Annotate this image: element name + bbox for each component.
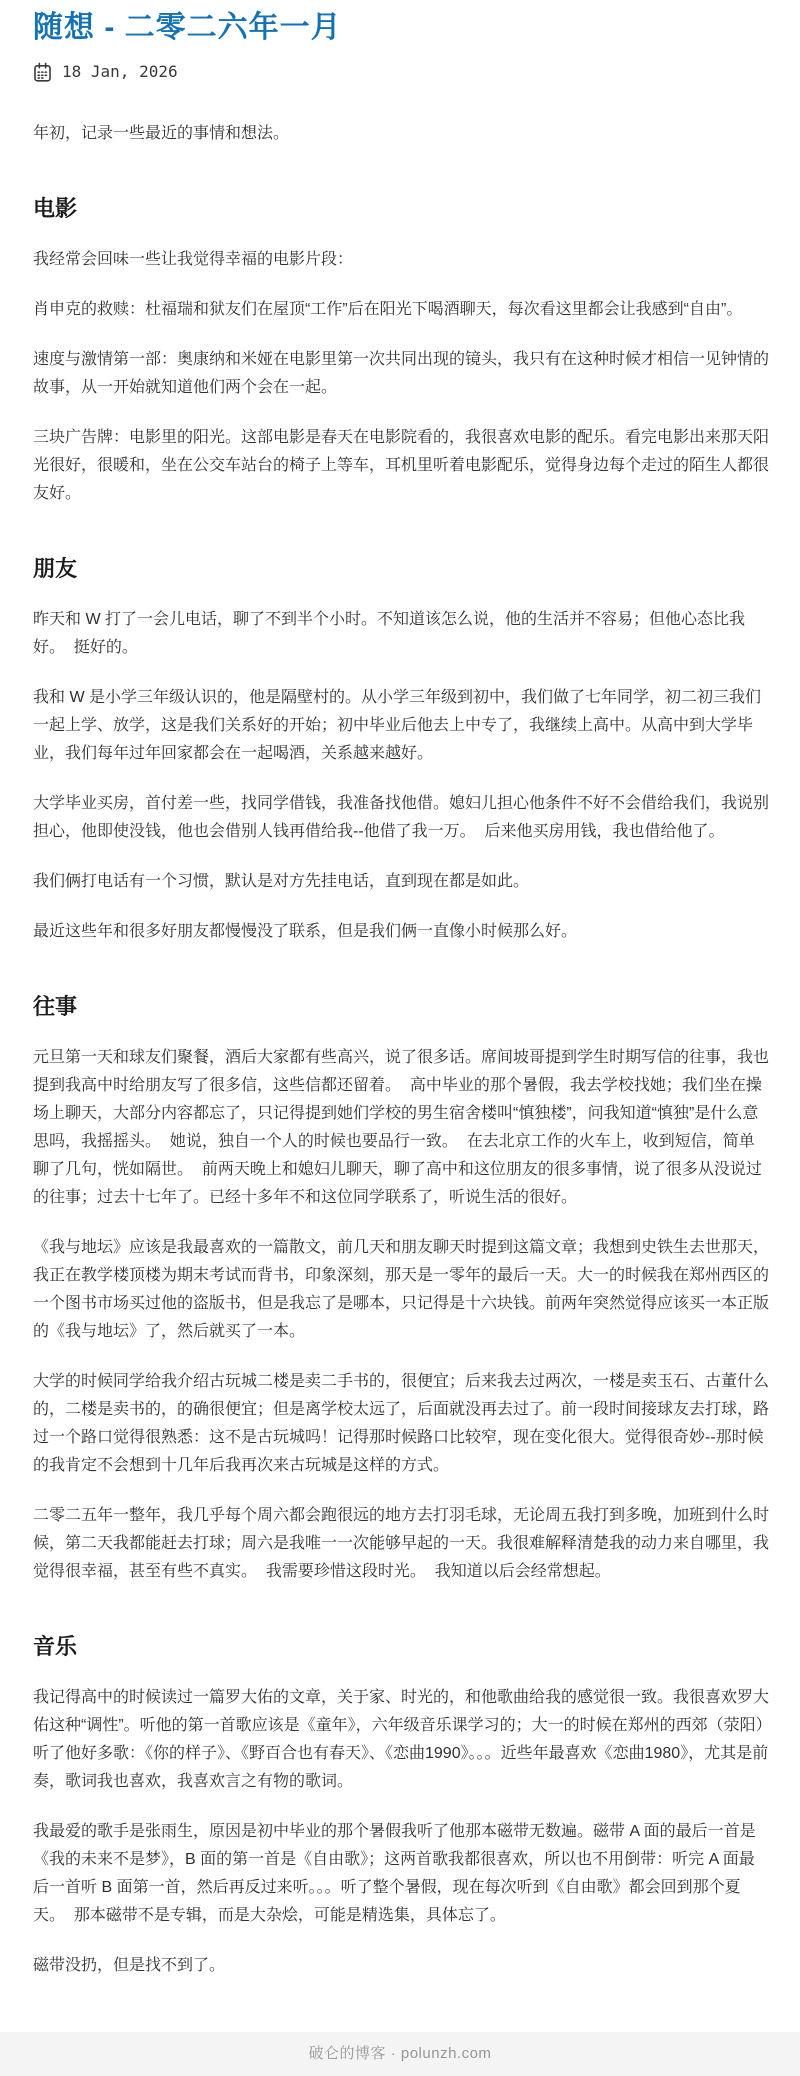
footer-blog-link[interactable]: 破仑的博客 · polunzh.com bbox=[309, 2040, 492, 2068]
post-section: 朋友昨天和 W 打了一会儿电话，聊了不到半个小时。不知道该怎么说，他的生活并不容… bbox=[33, 554, 770, 946]
section-heading: 朋友 bbox=[33, 554, 770, 584]
paragraph: 我记得高中的时候读过一篇罗大佑的文章，关于家、时光的，和他歌曲给我的感觉很一致。… bbox=[33, 1684, 770, 1796]
paragraph: 最近这些年和很多好朋友都慢慢没了联系，但是我们俩一直像小时候那么好。 bbox=[33, 918, 770, 946]
section-heading: 往事 bbox=[33, 992, 770, 1022]
calendar-icon bbox=[33, 62, 52, 83]
post-section: 音乐我记得高中的时候读过一篇罗大佑的文章，关于家、时光的，和他歌曲给我的感觉很一… bbox=[33, 1632, 770, 1980]
paragraph: 三块广告牌：电影里的阳光。这部电影是春天在电影院看的，我很喜欢电影的配乐。看完电… bbox=[33, 424, 770, 508]
section-heading: 电影 bbox=[33, 194, 770, 224]
calendar-icon-svg bbox=[33, 62, 52, 83]
post-section: 电影我经常会回味一些让我觉得幸福的电影片段：肖申克的救赎：杜福瑞和狱友们在屋顶“… bbox=[33, 194, 770, 508]
section-heading: 音乐 bbox=[33, 1632, 770, 1662]
paragraph: 我们俩打电话有一个习惯，默认是对方先挂电话，直到现在都是如此。 bbox=[33, 868, 770, 896]
paragraph: 大学毕业买房，首付差一些，找同学借钱，我准备找他借。媳妇儿担心他条件不好不会借给… bbox=[33, 790, 770, 846]
paragraph: 大学的时候同学给我介绍古玩城二楼是卖二手书的，很便宜；后来我去过两次，一楼是卖玉… bbox=[33, 1368, 770, 1480]
paragraph: 元旦第一天和球友们聚餐，酒后大家都有些高兴，说了很多话。席间坡哥提到学生时期写信… bbox=[33, 1044, 770, 1212]
sections-container: 电影我经常会回味一些让我觉得幸福的电影片段：肖申克的救赎：杜福瑞和狱友们在屋顶“… bbox=[33, 194, 770, 1980]
paragraph: 速度与激情第一部：奥康纳和米娅在电影里第一次共同出现的镜头，我只有在这种时候才相… bbox=[33, 346, 770, 402]
blog-post-page: 随想 - 二零二六年一月 18 Jan, 2026 年初，记录一些最近的事情和想… bbox=[0, 0, 800, 2032]
paragraph: 昨天和 W 打了一会儿电话，聊了不到半个小时。不知道该怎么说，他的生活并不容易；… bbox=[33, 606, 770, 662]
paragraph: 我和 W 是小学三年级认识的，他是隔壁村的。从小学三年级到初中，我们做了七年同学… bbox=[33, 684, 770, 768]
paragraph: 二零二五年一整年，我几乎每个周六都会跑很远的地方去打羽毛球，无论周五我打到多晚，… bbox=[33, 1502, 770, 1586]
paragraph: 《我与地坛》应该是我最喜欢的一篇散文，前几天和朋友聊天时提到这篇文章；我想到史铁… bbox=[33, 1234, 770, 1346]
post-meta: 18 Jan, 2026 bbox=[33, 58, 770, 86]
post-title: 随想 - 二零二六年一月 bbox=[33, 10, 770, 46]
intro-paragraph: 年初，记录一些最近的事情和想法。 bbox=[33, 120, 770, 148]
paragraph: 肖申克的救赎：杜福瑞和狱友们在屋顶“工作”后在阳光下喝酒聊天，每次看这里都会让我… bbox=[33, 296, 770, 324]
paragraph: 我经常会回味一些让我觉得幸福的电影片段： bbox=[33, 246, 770, 274]
site-footer: 破仑的博客 · polunzh.com bbox=[0, 2032, 800, 2076]
post-date: 18 Jan, 2026 bbox=[62, 58, 178, 86]
paragraph: 我最爱的歌手是张雨生，原因是初中毕业的那个暑假我听了他那本磁带无数遍。磁带 A … bbox=[33, 1818, 770, 1930]
paragraph: 磁带没扔，但是找不到了。 bbox=[33, 1952, 770, 1980]
post-section: 往事元旦第一天和球友们聚餐，酒后大家都有些高兴，说了很多话。席间坡哥提到学生时期… bbox=[33, 992, 770, 1586]
